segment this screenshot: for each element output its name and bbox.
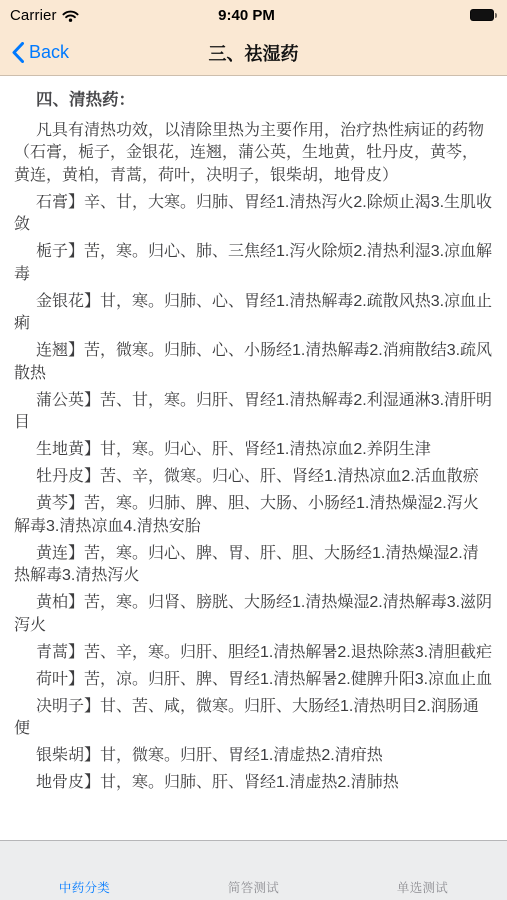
tab-item[interactable]: 简答测试 — [169, 841, 338, 900]
tab-item[interactable]: 单选测试 — [338, 841, 507, 900]
battery-nub — [495, 13, 498, 18]
herb-entry: 石膏】辛、甘，大寒。归肺、胃经1.清热泻火2.除烦止渴3.生肌收敛 — [14, 192, 493, 237]
herb-entry: 黄芩】苦，寒。归肺、脾、胆、大肠、小肠经1.清热燥湿2.泻火解毒3.清热凉血4.… — [14, 493, 493, 538]
tab-bar: 中药分类 简答测试 单选测试 — [0, 840, 507, 900]
herb-entry: 生地黄】甘，寒。归心、肝、肾经1.清热凉血2.养阴生津 — [14, 439, 493, 462]
herb-entry: 黄柏】苦，寒。归肾、膀胱、大肠经1.清热燥湿2.清热解毒3.滋阴泻火 — [14, 592, 493, 637]
herb-entry: 栀子】苦，寒。归心、肺、三焦经1.泻火除烦2.清热利湿3.凉血解毒 — [14, 241, 493, 286]
tab-item[interactable]: 中药分类 — [0, 841, 169, 900]
app-screen: Carrier 9:40 PM 三、祛湿药 — [0, 0, 507, 900]
herb-entries: 石膏】辛、甘，大寒。归肺、胃经1.清热泻火2.除烦止渴3.生肌收敛 栀子】苦，寒… — [14, 192, 493, 795]
wifi-icon — [62, 10, 79, 22]
battery-icon — [470, 9, 498, 21]
status-right — [377, 9, 497, 21]
battery-body — [470, 9, 494, 21]
tab-label: 中药分类 — [59, 878, 110, 896]
tab-label: 单选测试 — [397, 878, 448, 896]
status-bar: Carrier 9:40 PM — [0, 0, 507, 30]
status-time: 9:40 PM — [116, 7, 377, 24]
tab-label: 简答测试 — [228, 878, 279, 896]
herb-entry: 牡丹皮】苦、辛，微寒。归心、肝、肾经1.清热凉血2.活血散瘀 — [14, 466, 493, 489]
herb-entry: 黄连】苦，寒。归心、脾、胃、肝、胆、大肠经1.清热燥湿2.清热解毒3.清热泻火 — [14, 543, 493, 588]
chevron-left-icon — [12, 42, 24, 63]
herb-entry: 决明子】甘、苦、咸，微寒。归肝、大肠经1.清热明目2.润肠通便 — [14, 696, 493, 741]
herb-entry: 蒲公英】苦、甘，寒。归肝、胃经1.清热解毒2.利湿通淋3.清肝明目 — [14, 390, 493, 435]
intro-paragraph: 凡具有清热功效，以清除里热为主要作用，治疗热性病证的药物（石膏，栀子，金银花，连… — [14, 120, 493, 188]
herb-entry: 金银花】甘，寒。归肺、心、胃经1.清热解毒2.疏散风热3.凉血止痢 — [14, 291, 493, 336]
status-left: Carrier — [10, 7, 130, 24]
back-button-label: Back — [29, 42, 69, 63]
herb-entry: 荷叶】苦，凉。归肝、脾、胃经1.清热解暑2.健脾升阳3.凉血止血 — [14, 669, 493, 692]
section-heading: 四、清热药： — [14, 89, 493, 112]
content-scroll[interactable]: 四、清热药： 凡具有清热功效，以清除里热为主要作用，治疗热性病证的药物（石膏，栀… — [0, 76, 507, 840]
carrier-label: Carrier — [10, 7, 57, 24]
back-button[interactable]: Back — [0, 42, 69, 63]
herb-entry: 地骨皮】甘，寒。归肺、肝、肾经1.清虚热2.清肺热 — [14, 772, 493, 795]
page-title: 三、祛湿药 — [0, 40, 507, 66]
herb-entry: 青蒿】苦、辛，寒。归肝、胆经1.清热解暑2.退热除蒸3.清胆截疟 — [14, 642, 493, 665]
herb-entry: 银柴胡】甘，微寒。归肝、胃经1.清虚热2.清疳热 — [14, 745, 493, 768]
herb-entry: 连翘】苦，微寒。归肺、心、小肠经1.清热解毒2.消痈散结3.疏风散热 — [14, 340, 493, 385]
nav-bar: 三、祛湿药 Back — [0, 30, 507, 76]
tab-list: 中药分类 简答测试 单选测试 — [0, 841, 507, 900]
